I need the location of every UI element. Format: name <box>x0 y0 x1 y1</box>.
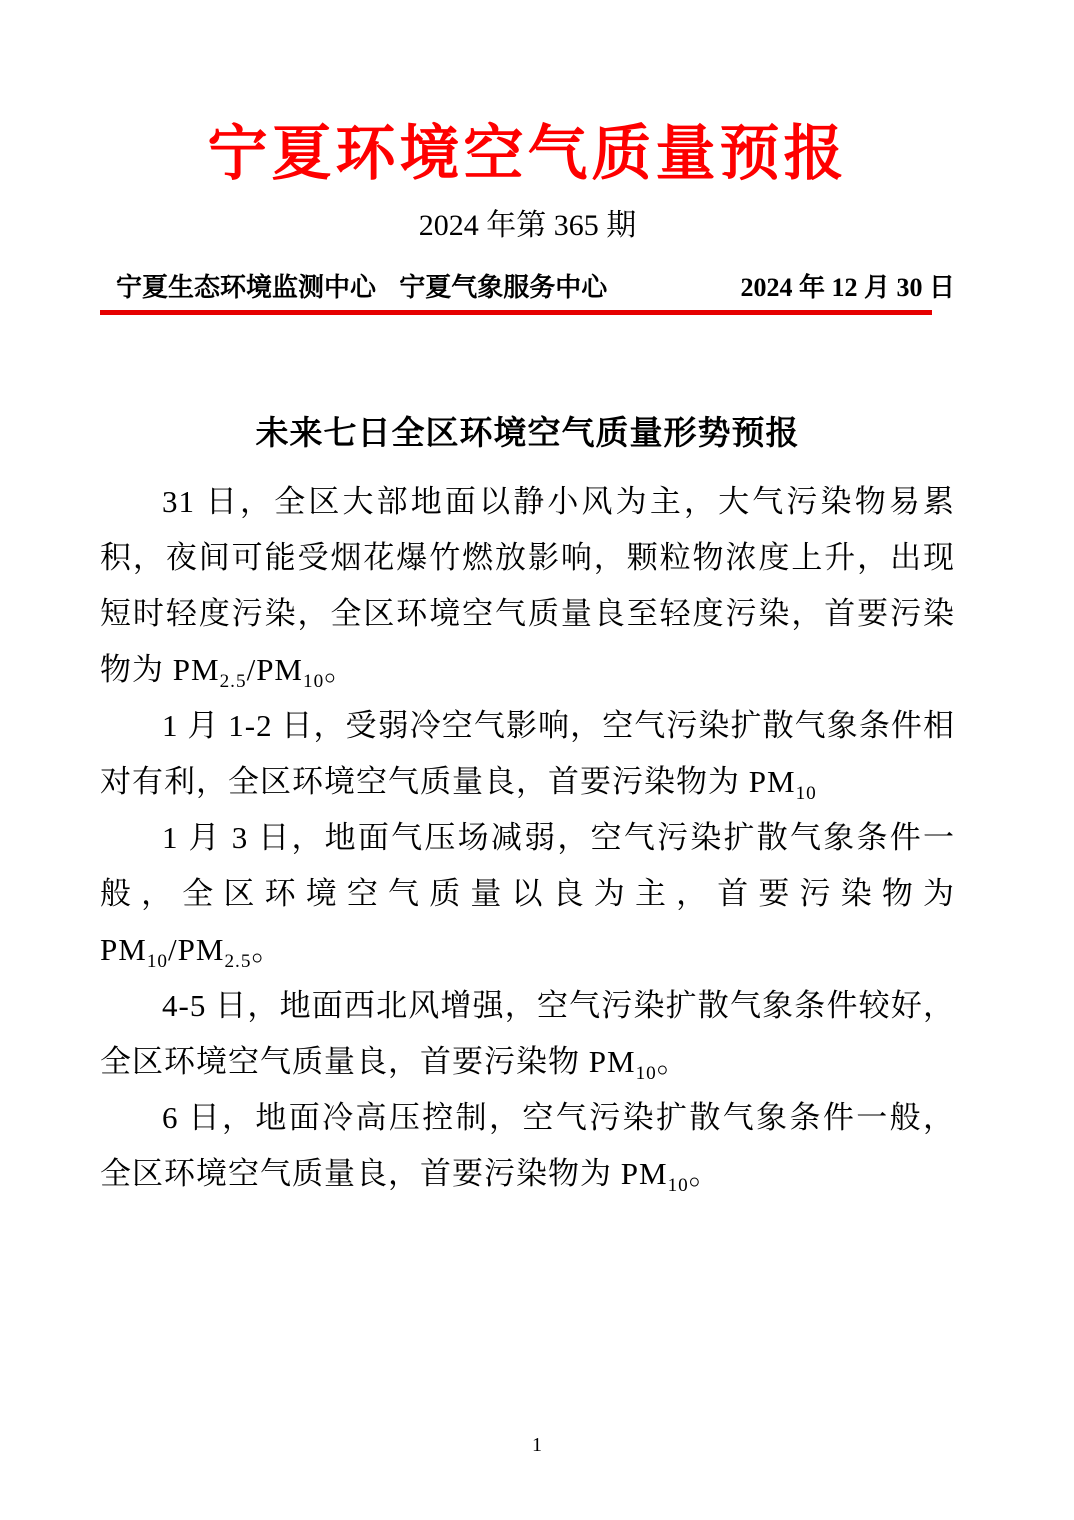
document-page: 宁夏环境空气质量预报 2024 年第 365 期 宁夏生态环境监测中心 宁夏气象… <box>0 0 1074 1520</box>
forecast-paragraph: 31 日，全区大部地面以静小风为主，大气污染物易累积，夜间可能受烟花爆竹燃放影响… <box>100 474 955 698</box>
forecast-body: 31 日，全区大部地面以静小风为主，大气污染物易累积，夜间可能受烟花爆竹燃放影响… <box>100 474 955 1202</box>
org-name-monitoring-center: 宁夏生态环境监测中心 <box>116 270 376 306</box>
masthead-row: 宁夏生态环境监测中心 宁夏气象服务中心 2024 年 12 月 30 日 <box>100 270 955 306</box>
issue-date: 2024 年 12 月 30 日 <box>740 270 955 306</box>
page-number: 1 <box>0 1432 1074 1458</box>
section-title: 未来七日全区环境空气质量形势预报 <box>100 410 955 458</box>
forecast-paragraph: 1 月 1-2 日，受弱冷空气影响，空气污染扩散气象条件相对有利，全区环境空气质… <box>100 698 955 810</box>
forecast-paragraph: 4-5 日，地面西北风增强，空气污染扩散气象条件较好，全区环境空气质量良，首要污… <box>100 978 955 1090</box>
divider-rule <box>100 310 932 315</box>
issue-number: 2024 年第 365 期 <box>100 206 955 246</box>
org-name-weather-service-center: 宁夏气象服务中心 <box>399 270 607 306</box>
forecast-paragraph: 1 月 3 日，地面气压场减弱，空气污染扩散气象条件一般，全区环境空气质量以良为… <box>100 810 955 978</box>
forecast-paragraph: 6 日，地面冷高压控制，空气污染扩散气象条件一般，全区环境空气质量良，首要污染物… <box>100 1090 955 1202</box>
document-title: 宁夏环境空气质量预报 <box>100 118 955 190</box>
